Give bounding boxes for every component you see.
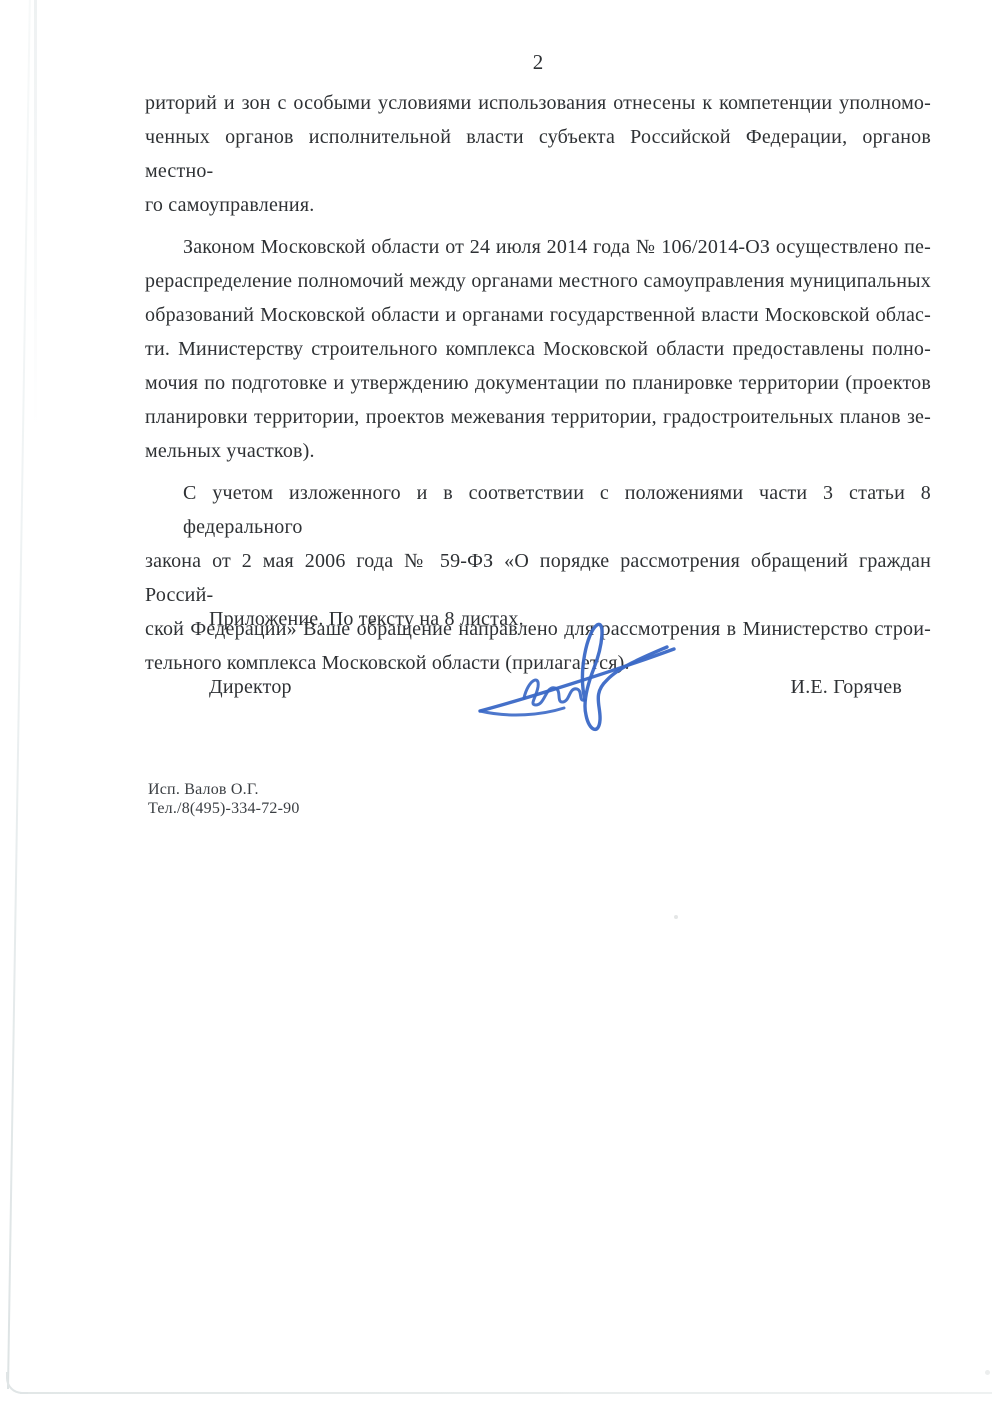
letter-body: риторий и зон с особыми условиями исполь…	[145, 86, 931, 680]
body-paragraph: Законом Московской области от 24 июля 20…	[145, 230, 931, 468]
text-line: Законом Московской области от 24 июля 20…	[145, 230, 931, 264]
executor-phone: Тел./8(495)-334-72-90	[148, 799, 300, 818]
text-line: образований Московской области и органам…	[145, 298, 931, 332]
scan-edge-corner	[6, 1372, 28, 1394]
text-line: С учетом изложенного и в соответствии с …	[145, 476, 931, 544]
executor-name: Исп. Валов О.Г.	[148, 780, 300, 799]
text-line: го самоуправления.	[145, 188, 931, 222]
executor-block: Исп. Валов О.Г. Тел./8(495)-334-72-90	[148, 780, 300, 818]
scanned-letter-page: 2 риторий и зон с особыми условиями испо…	[0, 0, 992, 1403]
text-line: мельных участков).	[145, 434, 931, 468]
signature-ink	[466, 610, 680, 744]
page-number: 2	[145, 50, 931, 75]
text-line: планировки территории, проектов межевани…	[145, 400, 931, 434]
text-line: рераспределение полномочий между органам…	[145, 264, 931, 298]
scan-edge-bottom	[20, 1392, 992, 1394]
scan-edge-left	[7, 0, 31, 1389]
signatory-role: Директор	[209, 676, 292, 699]
text-line: ти. Министерству строительного комплекса…	[145, 332, 931, 366]
signatory-name: И.Е. Горячев	[791, 676, 902, 699]
body-paragraph: риторий и зон с особыми условиями исполь…	[145, 86, 931, 222]
text-line: ченных органов исполнительной власти суб…	[145, 120, 931, 188]
text-line: риторий и зон с особыми условиями исполь…	[145, 86, 931, 120]
scan-speck	[674, 915, 678, 919]
scan-speck	[985, 1370, 990, 1375]
text-line: закона от 2 мая 2006 года № 59-ФЗ «О пор…	[145, 544, 931, 612]
text-line: мочия по подготовке и утверждению докуме…	[145, 366, 931, 400]
scan-crease	[34, 0, 37, 430]
